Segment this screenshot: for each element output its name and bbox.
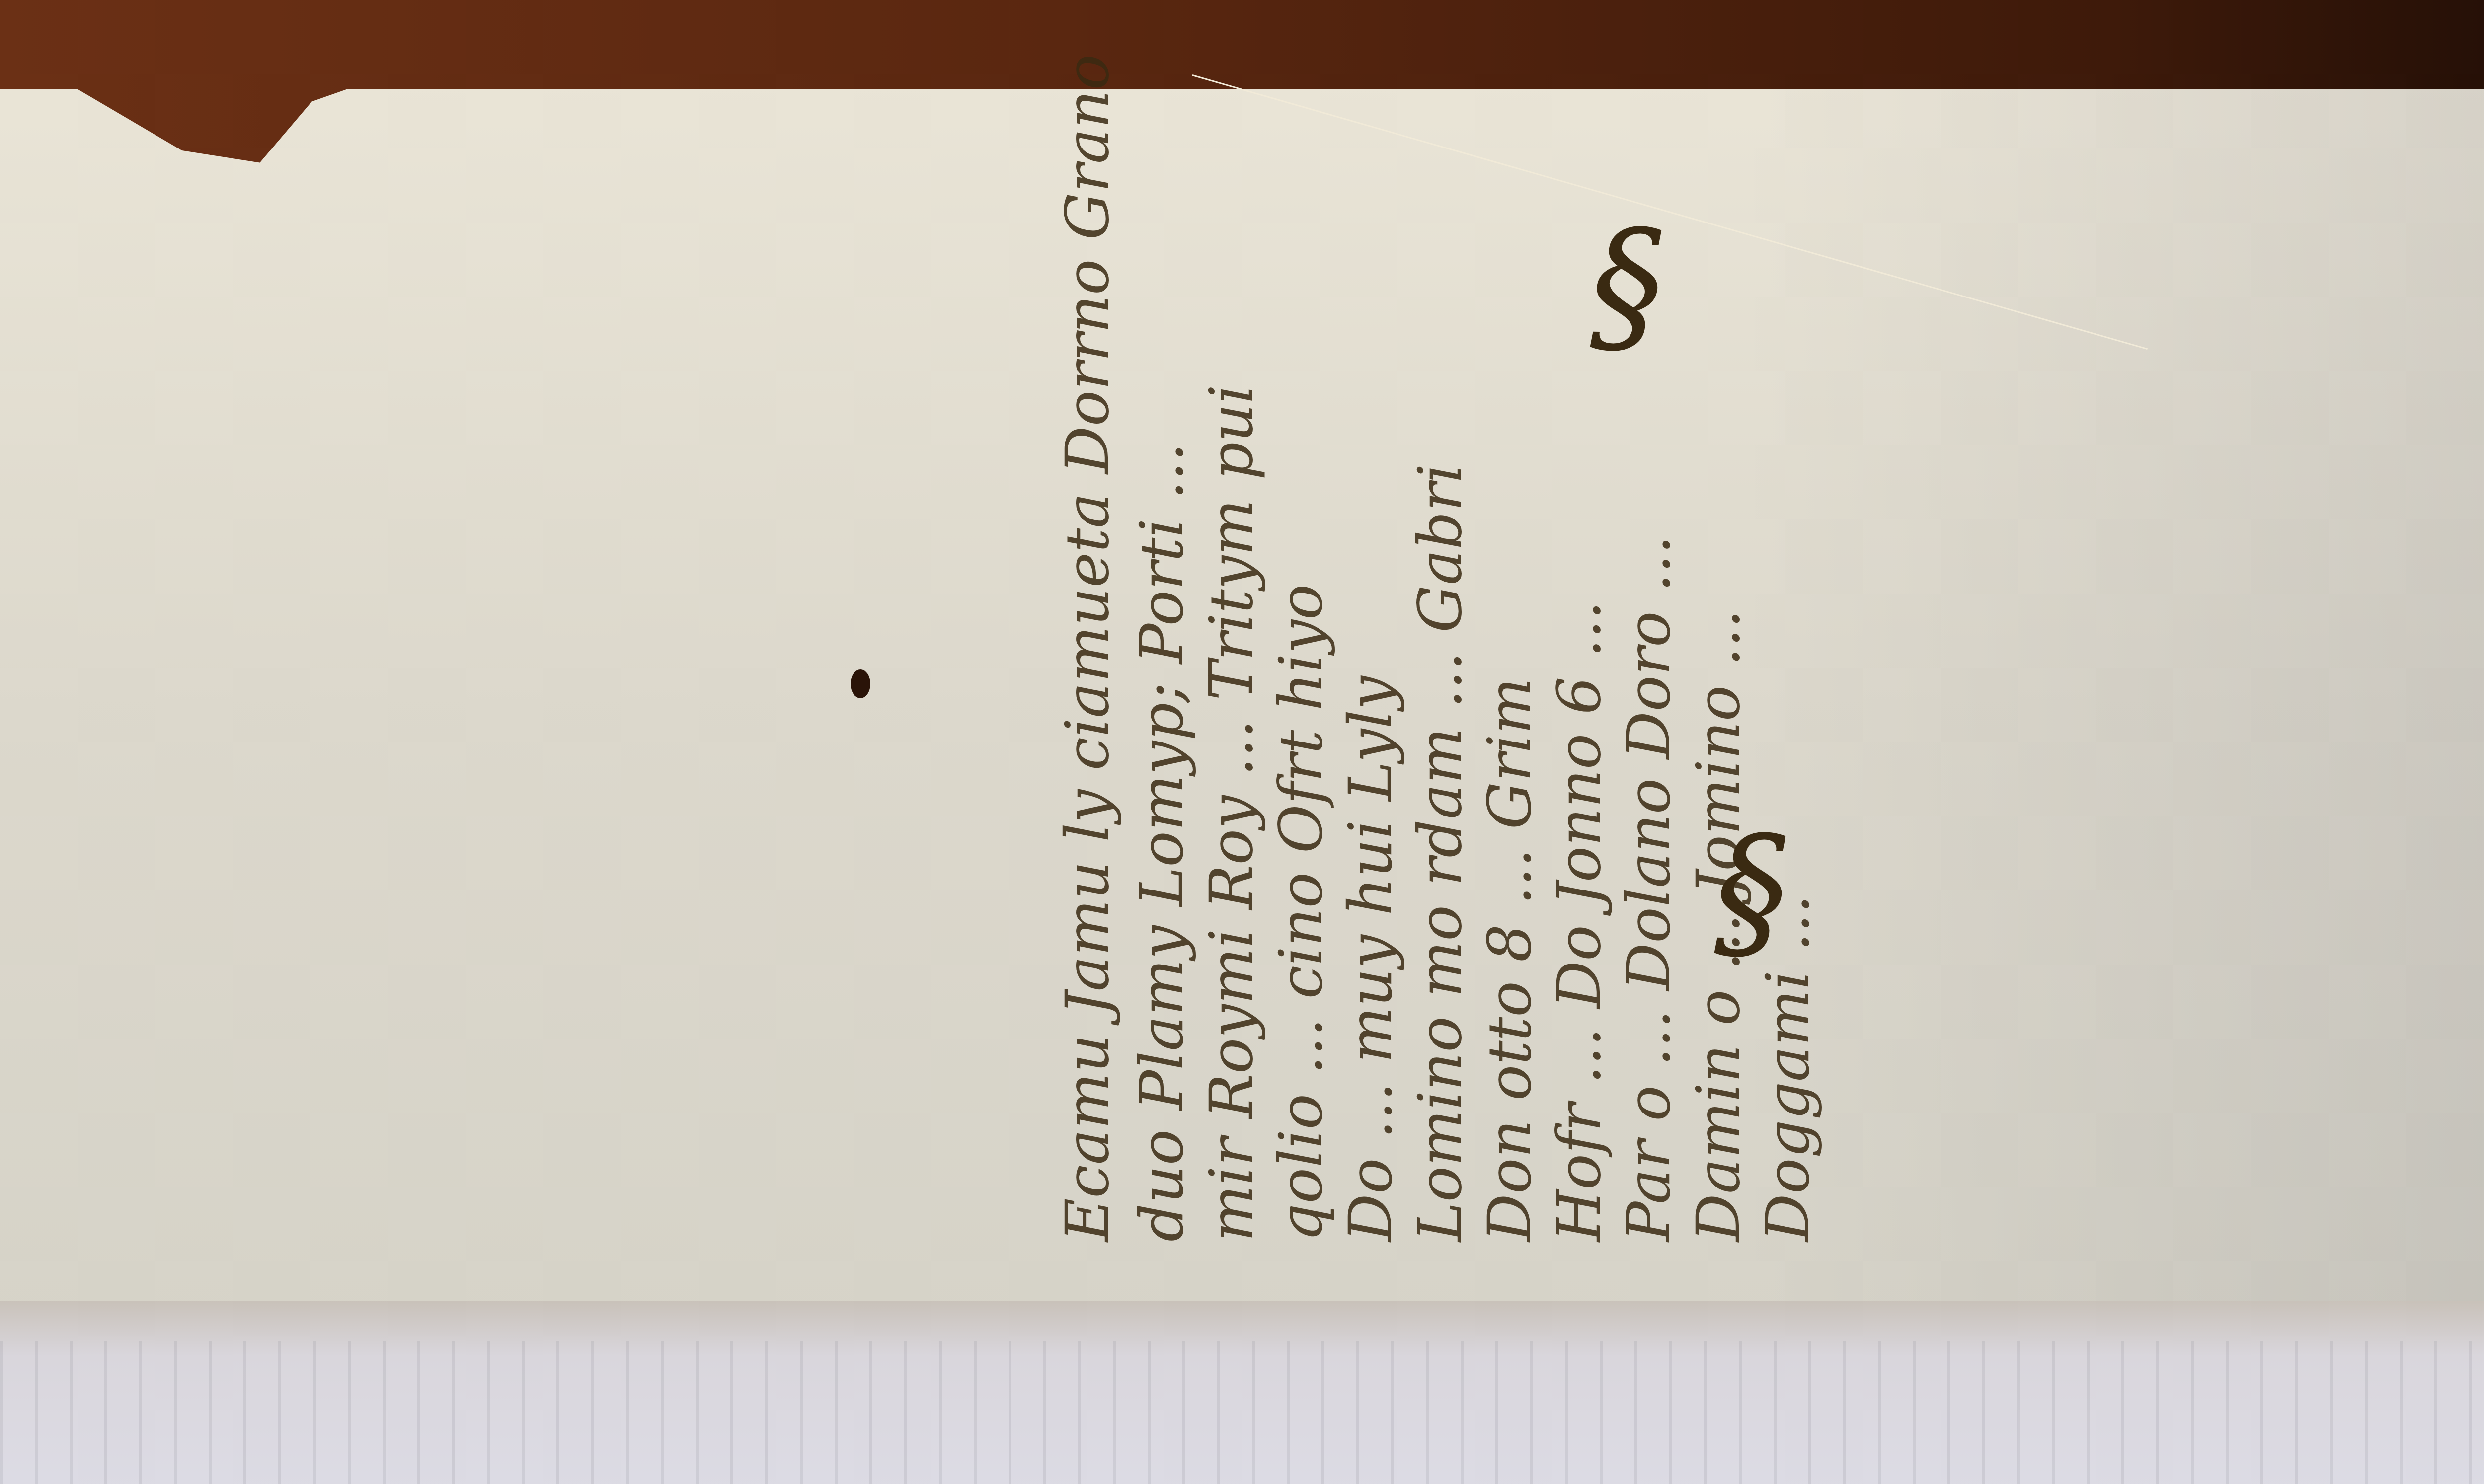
manuscript-line: duo Plamy Lomyp; Porti ... [1128, 443, 1197, 1242]
manuscript-line: Lomino mo rdam ... Gabri [1406, 464, 1475, 1242]
signature-flourish: § [1714, 805, 1788, 978]
manuscript-line: mir Roymi Roy ... Tritym pui [1197, 384, 1266, 1242]
manuscript-line: Ecamu Jamu ly ciamueta Dorrno Grano [1053, 54, 1122, 1242]
ink-blot [851, 669, 870, 698]
manuscript-line: qolio ... cino Ofrt hiyo [1267, 584, 1336, 1242]
manuscript-line: Hofr ... Do Jonno 6 ... [1545, 601, 1614, 1242]
bleed-through-text [0, 1341, 2484, 1484]
manuscript-line: Do ... muy hui Lyly [1336, 676, 1405, 1242]
manuscript-line: Par o ... Dolano Doro ... [1615, 535, 1684, 1242]
handwritten-text-block: Ecamu Jamu ly ciamueta Dorrno Grano duo … [1018, 159, 1863, 1276]
manuscript-line: Don otto 8 ... Grim [1475, 678, 1545, 1242]
opening-flourish: § [1590, 199, 1664, 372]
